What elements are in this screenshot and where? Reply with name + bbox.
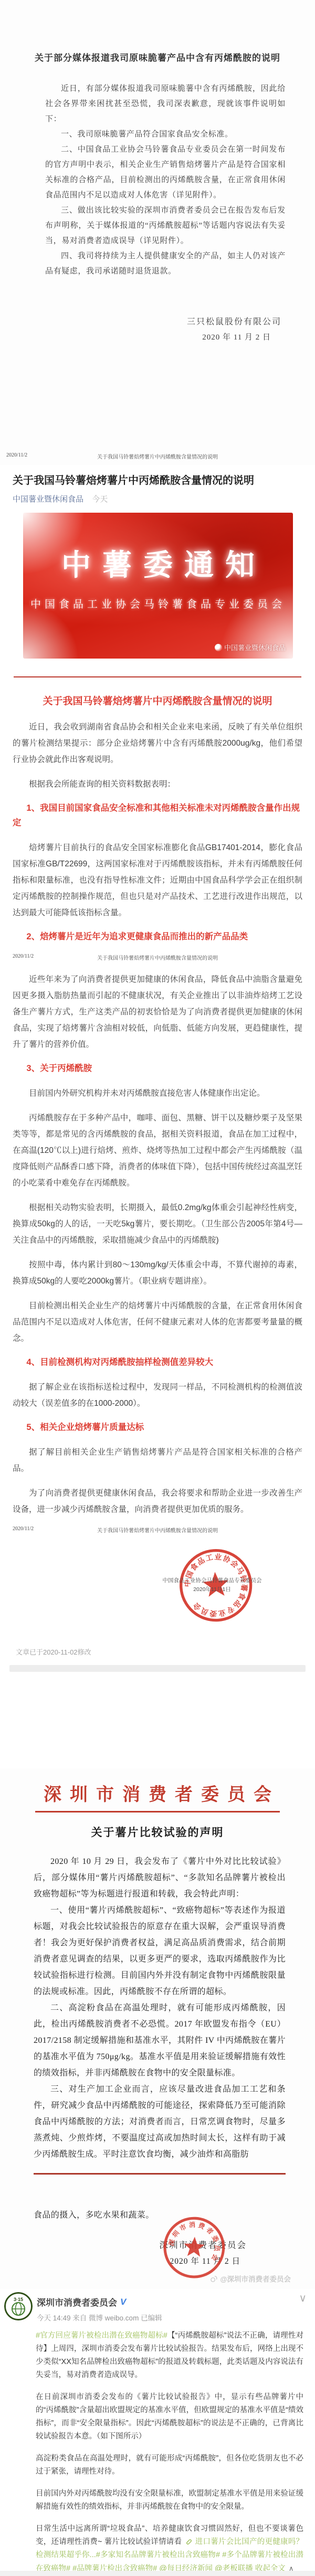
article-paragraph: 焙烤薯片目前执行的食品安全国家标准膨化食品GB17401-2014，膨化食品国家… — [13, 840, 302, 921]
red-divider — [14, 676, 301, 677]
sz-continuation: 食品的摄入，多吃水果和蔬菜。 — [34, 2208, 286, 2220]
sz-paragraph: 一、使用“薯片丙烯酰胺超标”、“致癌物超标”等表述作为报道标题，对我会比较试验报… — [34, 1902, 286, 2000]
article-paragraph: 据了解目前相关企业生产销售焙烤薯片产品是符合国家相关标准的合格产品。 — [13, 1444, 302, 1477]
hashtag-link[interactable]: #多家知名品牌薯片被检出含致癌物# — [96, 2551, 220, 2559]
article-section-heading: 2、焙烤薯片是近年为追求更健康食品而推出的新产品品类 — [13, 929, 302, 944]
bottom-separator — [0, 2571, 315, 2576]
weibo-paragraph: 日常生活中远离所谓“垃圾食品”、培养健康饮食习惯固然好，但也不要谈薯色变，还请理… — [36, 2522, 303, 2575]
article-title: 关于我国马铃薯焙烤薯片中丙烯酰胺含量情况的说明 — [13, 473, 302, 488]
page-footer: 2020/11/2 关于我国马铃薯焙烤薯片中丙烯酰胺含量情况的说明 — [0, 452, 315, 461]
weibo-content: #官方回应薯片被检出潜在致癌物超标#【“丙烯酰胺超标”说法不正确，请理性对待】上… — [36, 2329, 303, 2575]
doc1-title: 关于部分媒体报道我司原味脆薯产品中含有丙烯酰胺的说明 — [21, 50, 294, 63]
weibo-watermark-text: @深圳市消费者委员会 — [220, 2273, 291, 2284]
article-paragraph: 根据相关动物实验表明，长期摄入，最低0.2mg/kg体重会引起神经性病变，换算成… — [13, 1200, 302, 1248]
author-row: 深圳市消费者委员会 V — [37, 2295, 294, 2308]
doc1-paragraph: 一、我司原味脆薯产品符合国家食品安全标准。 — [45, 127, 286, 142]
article-paragraph: 据了解企业在该指标送检过程中，发现同一样品，不同检测机构的检测值波动较大（误差值… — [13, 1379, 302, 1412]
sz-paragraph: 三、对生产加工企业而言，应该尽量改进食品加工工艺和条件，研究减少食品中丙烯酰胺的… — [34, 2081, 286, 2162]
association-seal: 中国食品工业协会马铃薯食品专业委员会 中国食品工业协会马铃薯食品专业委员会 20… — [13, 1544, 302, 1633]
page-footer-title: 关于我国马铃薯焙烤薯片中丙烯酰胺含量情况的说明 — [6, 953, 309, 961]
letterhead: 深圳市消费者委员会 — [0, 1780, 315, 1806]
doc1-paragraph: 三、做出该比较实验的深圳市消费者委员会已在报告发布后发布声明称，关于媒体报道的“… — [45, 203, 286, 249]
article-heading: 关于我国马铃薯焙烤薯片中丙烯酰胺含量情况的说明 — [13, 693, 302, 707]
avatar[interactable]: 3·15 — [4, 2292, 33, 2320]
weibo-paragraph: 在日前深圳市消委会发布的《薯片比较试验报告》中，显示有些品牌薯片中的“丙烯酰胺”… — [36, 2391, 303, 2443]
doc1-date: 2020 年 11 月 2 日 — [0, 331, 271, 342]
weibo-paragraph: #官方回应薯片被检出潜在致癌物超标#【“丙烯酰胺超标”说法不正确，请理性对待】上… — [36, 2329, 303, 2382]
sz-paragraph: 2020 年 10 月 29 日，我会发布了《薯片中外对比比较试验》后，部分媒体… — [34, 1853, 286, 1902]
weibo-logo-icon — [210, 2275, 218, 2283]
link-icon — [184, 2537, 192, 2545]
article-body: 近日，我会收到湖南省食品协会和相关企业来电来函，反映了有关单位组织的薯片检测结果… — [0, 707, 315, 1633]
weibo-paragraph: 目前国内外对丙烯酰胺均没有安全限量标准，欧盟制定基准水平值是用来验证缓解措施有效… — [36, 2487, 303, 2514]
seal-caption: 中国食品工业协会马铃薯食品专业委员会 2020年11月1日 — [144, 1576, 280, 1594]
page-footer: 2020/11/2 关于我国马铃薯焙烤薯片中丙烯酰胺含量情况的说明 — [6, 1526, 309, 1534]
article-section-heading: 3、关于丙烯酰胺 — [13, 1061, 302, 1076]
article-meta: 中国薯业暨休闲食品 今天 — [13, 493, 302, 504]
page-footer: 2020/11/2 关于我国马铃薯焙烤薯片中丙烯酰胺含量情况的说明 — [6, 953, 309, 962]
weibo-watermark: @深圳市消费者委员会 — [210, 2273, 291, 2284]
doc1-paragraph: 近日，有部分媒体报道我司原味脆薯中含有丙烯酰胺，因此给社会各界带来困扰甚至恐慌，… — [45, 81, 286, 127]
modified-note: 文章已于2020-11-02修改 — [16, 1647, 315, 1657]
article-paragraph: 近日，我会收到湖南省食品协会和相关企业来电来函，反映了有关单位组织的薯片检测结果… — [13, 719, 302, 768]
page-footer-title: 关于我国马铃薯焙烤薯片中丙烯酰胺含量情况的说明 — [0, 452, 315, 460]
doc1-paragraphs: 近日，有部分媒体报道我司原味脆薯中含有丙烯酰胺，因此给社会各界带来困扰甚至恐慌，… — [45, 81, 286, 279]
account-link[interactable]: 中国薯业暨休闲食品 — [13, 495, 83, 504]
weibo-paragraph: 高淀粉类食品在高温处理时，就有可能形成“丙烯酰胺”，但各位吃货朋友也不必过于紧张… — [36, 2452, 303, 2478]
weibo-text: 在日前深圳市消委会发布的《薯片比较试验报告》中，显示有些品牌薯片中的“丙烯酰胺”… — [36, 2393, 303, 2441]
article-paragraph: 丙烯酰胺存在于多种产品中，咖啡、面包、黑糖、饼干以及糖炒栗子及坚果类等等，都是常… — [13, 1110, 302, 1191]
publish-time: 今天 — [92, 495, 108, 504]
article-section-heading: 1、我国目前国家食品安全标准和其他相关标准未对丙烯酰胺含量作出规定 — [13, 801, 302, 830]
notice-banner-image: 中薯委通知 中国食品工业协会马铃薯食品专业委员会 中国薯业暨休闲食品 — [23, 513, 293, 659]
post-meta: 今天 14:49 来自 微博 weibo.com 已编辑 — [37, 2312, 294, 2323]
three-squirrels-statement-page: 关于部分媒体报道我司原味脆薯产品中含有丙烯酰胺的说明 近日，有部分媒体报道我司原… — [0, 0, 315, 465]
seal-org: 中国食品工业协会马铃薯食品专业委员会 — [144, 1576, 280, 1585]
verified-badge-icon: V — [120, 2297, 126, 2307]
article-paragraph: 近些年来为了向消费者提供更加健康的休闲食品，降低食品中油脂含量避免因更多摄入脂肪… — [13, 971, 302, 1053]
author-name[interactable]: 深圳市消费者委员会 — [37, 2295, 117, 2308]
wechat-article: 关于我国马铃薯焙烤薯片中丙烯酰胺含量情况的说明 中国薯业暨休闲食品 今天 中薯委… — [0, 465, 315, 1672]
article-section-heading: 4、目前检测机构对丙烯酰胺抽样检测值差异较大 — [13, 1355, 302, 1370]
weibo-text: 高淀粉类食品在高温处理时，就有可能形成“丙烯酰胺”，但各位吃货朋友也不必过于紧张… — [36, 2454, 303, 2476]
article-section-heading: 5、相关企业焙烤薯片质量达标 — [13, 1420, 302, 1435]
page-break-line — [34, 2173, 286, 2175]
article-paragraph: 为了向消费者提供更健康休闲食品，我会将要求和帮助企业进一步改善生产设备，进一步减… — [13, 1485, 302, 1518]
article-paragraph: 按照中毒，体内累计到80～130mg/kg/天体重会中毒，不算代谢掉的毒素，换算… — [13, 1257, 302, 1289]
doc1-signature: 三只松鼠股份有限公司 — [0, 315, 281, 327]
round-seal-icon: 深圳市消费者委员会 — [160, 2212, 228, 2280]
hashtag-link[interactable]: #官方回应薯片被检出潜在致癌物超标# — [36, 2331, 167, 2340]
article-paragraph: 目前检测出相关企业生产的焙烤薯片中丙烯酰胺的含量，在正常食用休闲食品范围内不足以… — [13, 1298, 302, 1347]
letterhead-underline — [35, 1811, 280, 1812]
banner-title: 中薯委通知 — [23, 542, 293, 584]
doc1-paragraph: 二、中国食品工业协会马铃薯食品专业委员会在第一时间发布的官方声明中表示，相关企业… — [45, 142, 286, 203]
weibo-text: 目前国内外对丙烯酰胺均没有安全限量标准，欧盟制定基准水平值是用来验证缓解措施有效… — [36, 2489, 303, 2511]
article-paragraph: 根据我会所能查询的相关资料数据表明： — [13, 776, 302, 792]
seal-date: 2020年11月1日 — [144, 1585, 280, 1594]
page-footer-title: 关于我国马铃薯焙烤薯片中丙烯酰胺含量情况的说明 — [6, 1526, 309, 1534]
banner-watermark-text: 中国薯业暨休闲食品 — [224, 642, 286, 652]
banner-subtitle: 中国食品工业协会马铃薯食品专业委员会 — [23, 596, 293, 611]
doc1-paragraph: 四、我司将持续为主人提供健康安全的产品，如主人仍对该产品有疑虑，我司承诺随时退货… — [45, 249, 286, 279]
shenzhen-council-statement-page: 深圳市消费者委员会 关于薯片比较试验的声明 2020 年 10 月 29 日，我… — [0, 1768, 315, 2289]
svg-text:3·15: 3·15 — [14, 2297, 23, 2302]
account-logo-icon — [215, 644, 222, 651]
chevron-down-icon[interactable]: ∨ — [299, 2293, 307, 2304]
sz-paragraphs: 2020 年 10 月 29 日，我会发布了《薯片中外对比比较试验》后，部分媒体… — [34, 1853, 286, 2162]
weibo-post: 3·15 深圳市消费者委员会 V ∨ 今天 14:49 来自 微博 weibo.… — [0, 2289, 315, 2576]
sz-paragraph: 二、高淀粉食品在高温处理时，就有可能形成丙烯酰胺，因此，检出丙烯酰胺消费者不必恐… — [34, 2000, 286, 2081]
banner-watermark: 中国薯业暨休闲食品 — [215, 642, 286, 652]
article-paragraph: 目前国内外研究机构并未对丙烯酰胺直接危害人体健康作出定论。 — [13, 1085, 302, 1101]
collapsed-related-bar — [9, 1665, 306, 1672]
sz-title: 关于薯片比较试验的声明 — [0, 1824, 315, 1840]
